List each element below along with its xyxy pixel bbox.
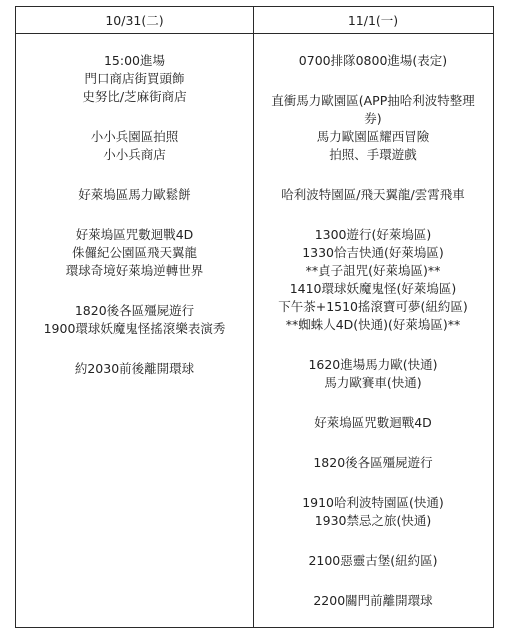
schedule-line: 環球奇境好萊塢逆轉世界 (16, 262, 253, 280)
body-row: 15:00進場門口商店街買頭飾史努比/芝麻街商店小小兵園區拍照小小兵商店好萊塢區… (16, 33, 493, 627)
schedule-line: 哈利波特園區/飛天翼龍/雲霄飛車 (254, 186, 492, 204)
schedule-line: 小小兵園區拍照 (16, 128, 253, 146)
schedule-line: **蜘蛛人4D(快通)(好萊塢區)** (254, 316, 492, 334)
schedule-line: **貞子詛咒(好萊塢區)** (254, 262, 492, 280)
schedule-line: 好萊塢區馬力歐鬆餅 (16, 186, 253, 204)
schedule-line: 券) (254, 110, 492, 128)
day-1-schedule-cell: 15:00進場門口商店街買頭飾史努比/芝麻街商店小小兵園區拍照小小兵商店好萊塢區… (16, 33, 254, 627)
schedule-line: 1820後各區殭屍遊行 (254, 454, 492, 472)
schedule-line: 直衝馬力歐園區(APP抽哈利波特整理 (254, 92, 492, 110)
schedule-line: 2100惡靈古堡(紐約區) (254, 552, 492, 570)
schedule-line: 好萊塢區咒數迴戰4D (16, 226, 253, 244)
schedule-line: 下午茶+1510搖滾寶可夢(紐約區) (254, 298, 492, 316)
schedule-line: 2200關門前離開環球 (254, 592, 492, 610)
schedule-line: 15:00進場 (16, 52, 253, 70)
schedule-line: 馬力歐賽車(快通) (254, 374, 492, 392)
day-2-schedule-cell: 0700排隊0800進場(表定)直衝馬力歐園區(APP抽哈利波特整理券)馬力歐園… (254, 33, 492, 627)
schedule-line: 門口商店街買頭飾 (16, 70, 253, 88)
schedule-line: 1910哈利波特園區(快通) (254, 494, 492, 512)
header-day-2: 11/1(一) (254, 7, 492, 33)
schedule-line: 小小兵商店 (16, 146, 253, 164)
schedule-line: 史努比/芝麻街商店 (16, 88, 253, 106)
header-day-1: 10/31(二) (16, 7, 254, 33)
schedule-line: 1410環球妖魔鬼怪(好萊塢區) (254, 280, 492, 298)
schedule-line: 約2030前後離開環球 (16, 360, 253, 378)
schedule-line: 1300遊行(好萊塢區) (254, 226, 492, 244)
schedule-line: 拍照、手環遊戲 (254, 146, 492, 164)
schedule-line: 侏儸紀公園區飛天翼龍 (16, 244, 253, 262)
schedule-line: 馬力歐園區耀西冒險 (254, 128, 492, 146)
schedule-line: 1930禁忌之旅(快通) (254, 512, 492, 530)
schedule-line: 0700排隊0800進場(表定) (254, 52, 492, 70)
schedule-line: 1820後各區殭屍遊行 (16, 302, 253, 320)
schedule-line: 1900環球妖魔鬼怪搖滾樂表演秀 (16, 320, 253, 338)
schedule-line: 1330恰吉快通(好萊塢區) (254, 244, 492, 262)
schedule-table: 10/31(二) 11/1(一) 15:00進場門口商店街買頭飾史努比/芝麻街商… (15, 6, 494, 628)
schedule-line: 好萊塢區咒數迴戰4D (254, 414, 492, 432)
schedule-line: 1620進場馬力歐(快通) (254, 356, 492, 374)
header-row: 10/31(二) 11/1(一) (16, 7, 493, 34)
